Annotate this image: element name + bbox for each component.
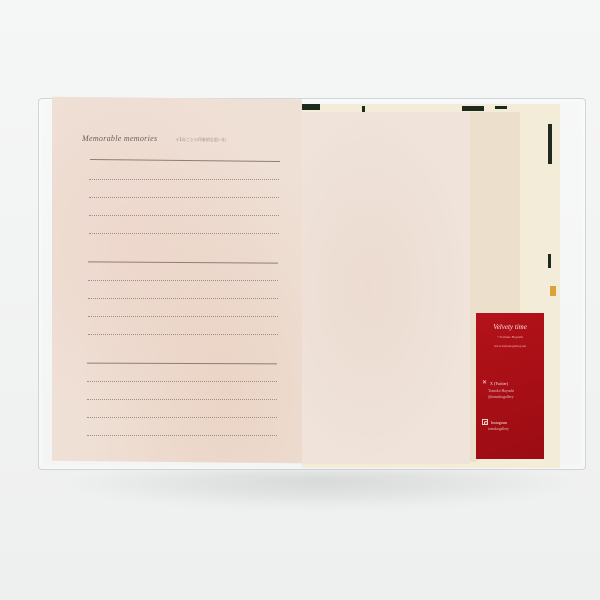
twitter-handle: @tomokogallery (488, 395, 544, 399)
twitter-label: X (Twitter) (490, 381, 508, 386)
card-title: Velvety time (476, 323, 544, 331)
floral-pattern-fragment (548, 124, 552, 164)
writing-line (89, 179, 279, 180)
notebook-shadow (60, 470, 580, 510)
instagram-label: Instagram (491, 420, 507, 425)
floral-pattern-fragment (495, 106, 507, 109)
instagram-handle: tomokogallery (488, 427, 544, 431)
instagram-icon (482, 419, 488, 425)
artist-card: Velvety time ©Tomoko Hayashi www.tomokog… (476, 313, 544, 459)
floral-pattern-fragment (302, 104, 320, 110)
writing-line (87, 399, 277, 400)
page-title: Memorable memories (82, 134, 157, 143)
floral-pattern-fragment (548, 254, 551, 268)
writing-line (87, 417, 277, 418)
card-credit: ©Tomoko Hayashi (476, 335, 544, 339)
floral-pattern-fragment (550, 286, 556, 296)
card-website: www.tomokogallery.net (476, 344, 544, 348)
writing-line (88, 334, 278, 335)
writing-line (89, 233, 279, 234)
floral-pattern-fragment (462, 106, 484, 111)
right-page (302, 112, 470, 464)
writing-line (88, 280, 278, 281)
instagram-row: Instagram (482, 419, 542, 425)
writing-line (88, 298, 278, 299)
writing-line (88, 316, 278, 317)
twitter-name: Tomoko Hayashi (488, 389, 544, 393)
writing-line (87, 435, 277, 436)
page-subtitle: ＊1年ごとの印象的な思い出 (175, 137, 226, 142)
page-header: Memorable memories ＊1年ごとの印象的な思い出 (82, 128, 226, 146)
writing-line (89, 215, 279, 216)
cover-flap (470, 112, 520, 320)
writing-line (87, 381, 277, 382)
x-twitter-icon: ✕ (482, 380, 487, 386)
writing-line (89, 197, 279, 198)
twitter-row: ✕ X (Twitter) (482, 380, 542, 386)
